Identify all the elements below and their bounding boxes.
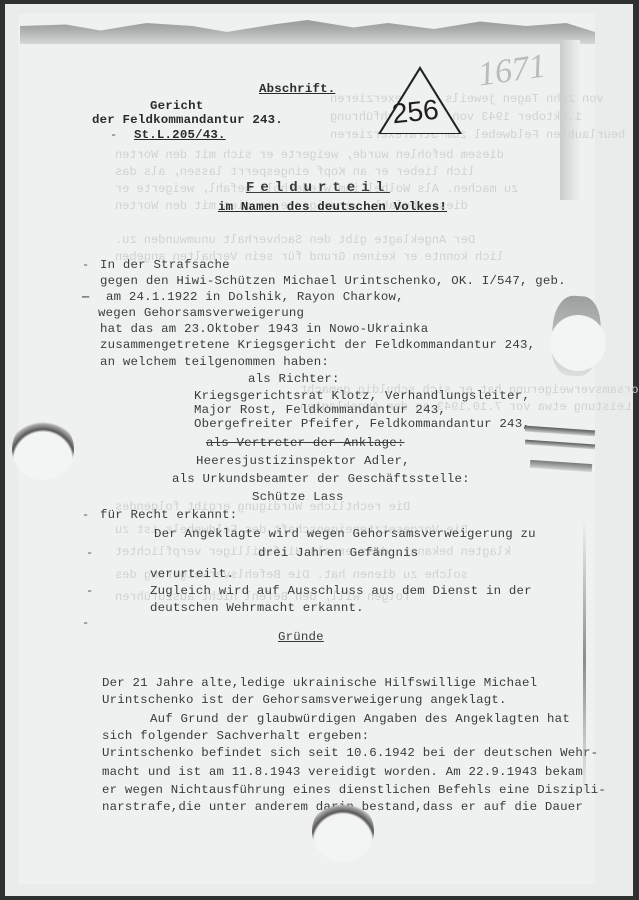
punch-hole (312, 800, 374, 862)
reasons-line: Auf Grund der glaubwürdigen Angaben des … (150, 712, 570, 726)
case-line: In der Strafsache (100, 258, 230, 272)
prosecution-label: als Vertreter der Anklage: (206, 436, 405, 450)
bleed-through-text: von zehn Tagen jeweils Strafexerzieren (330, 92, 604, 106)
case-line: wegen Gehorsamsverweigerung (98, 306, 304, 320)
judge-entry: Major Rost, Feldkommandantur 243, (194, 403, 446, 417)
bleed-through-text: Der Angeklagte gibt den Sachverhalt unum… (115, 233, 475, 247)
reasons-line: sich folgender Sachverhalt ergeben: (102, 729, 369, 743)
ruling-sentence: drei Jahren Gefängnis (258, 546, 418, 560)
bleed-through-text: lich lieber er an Kopf eingesperrt lasse… (115, 165, 475, 179)
judges-label: als Richter: (248, 372, 340, 386)
verdict-title: Feldurteil (246, 180, 390, 196)
stamp-number: 256 (390, 94, 440, 131)
margin-dash: — (82, 290, 89, 304)
ruling-line: deutschen Wehrmacht erkannt. (150, 601, 364, 615)
judge-entry: Kriegsgerichtsrat Klotz, Verhandlungslei… (194, 389, 530, 403)
ruling-line: verurteilt. (150, 567, 234, 581)
reasons-line: Urintschenko ist der Gehorsamsverweigeru… (102, 693, 507, 707)
clerk-name: Schütze Lass (252, 490, 344, 504)
ruling-line: Zugleich wird auf Ausschluss aus dem Die… (150, 584, 532, 598)
margin-dash: - (82, 508, 89, 522)
reasons-line: macht und ist am 11.8.1943 vereidigt wor… (102, 765, 583, 779)
clerk-label: als Urkundsbeamter der Geschäftsstelle: (172, 472, 470, 486)
reasons-title: Gründe (278, 630, 324, 644)
case-line: am 24.1.1922 in Dolshik, Rayon Charkow, (106, 290, 404, 304)
case-line: zusammengetretene Kriegsgericht der Feld… (100, 338, 535, 352)
reasons-line: Urintschenko befindet sich seit 10.6.194… (102, 746, 598, 760)
paper-edge-shadow (583, 520, 586, 800)
ruling-line: Der Angeklagte wird wegen Gehorsamsverwe… (154, 527, 536, 541)
verdict-subtitle: im Namen des deutschen Volkes! (218, 200, 447, 214)
case-line: hat das am 23.Oktober 1943 in Nowo-Ukrai… (100, 322, 428, 336)
punch-hole (550, 315, 606, 371)
margin-dash: - (86, 546, 93, 560)
case-line: gegen den Hiwi-Schützen Michael Urintsch… (100, 274, 566, 288)
margin-dash: - (82, 258, 89, 272)
bleed-through-text: beurlaubten Feldwebel zum Strafexerziere… (330, 128, 625, 142)
bleed-through-text: diesem befohlen wurde, weigerte er sich … (115, 148, 504, 162)
margin-dash: - (86, 584, 93, 598)
margin-dash: - (82, 616, 89, 630)
document-heading: Abschrift. (259, 82, 335, 96)
judge-entry: Obergefreiter Pfeifer, Feldkommandantur … (194, 417, 530, 431)
reasons-line: er wegen Nichtausführung eines dienstlic… (102, 783, 606, 797)
punch-hole (12, 418, 74, 480)
case-line: an welchem teilgenommen haben: (100, 355, 329, 369)
court-name-line2: der Feldkommandantur 243. (92, 113, 283, 127)
file-number: St.L.205/43. (134, 128, 226, 142)
prosecutor-name: Heeresjustizinspektor Adler, (196, 454, 410, 468)
ruling-intro: für Recht erkannt: (100, 508, 237, 522)
margin-dash: - (110, 128, 117, 142)
court-name-line1: Gericht (150, 99, 203, 113)
reasons-line: Der 21 Jahre alte,ledige ukrainische Hil… (102, 676, 537, 690)
